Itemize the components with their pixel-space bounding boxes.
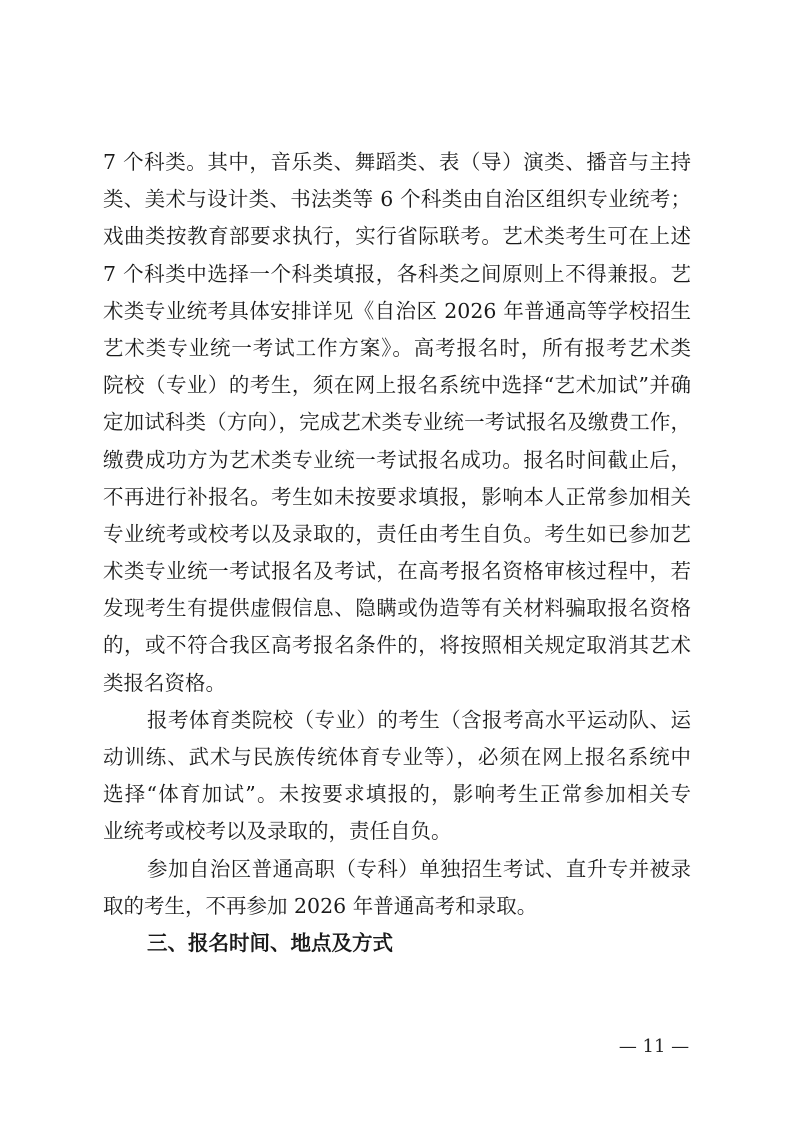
text-line: 报考体育类院校（专业）的考生（含报考高水平运动队、运 (103, 702, 691, 739)
text-line: 动训练、武术与民族传统体育专业等），必须在网上报名系统中 (103, 739, 691, 776)
text-line: 7 个科类。其中，音乐类、舞蹈类、表（导）演类、播音与主持 (103, 144, 691, 181)
text-line: 类、美术与设计类、书法类等 6 个科类由自治区组织专业统考； (103, 181, 691, 218)
text-line: 缴费成功方为艺术类专业统一考试报名成功。报名时间截止后， (103, 442, 691, 479)
text-line: 发现考生有提供虚假信息、隐瞒或伪造等有关材料骗取报名资格 (103, 590, 691, 627)
text-line: 参加自治区普通高职（专科）单独招生考试、直升专并被录 (103, 851, 691, 888)
text-line: 业统考或校考以及录取的，责任自负。 (103, 813, 691, 850)
document-page: 7 个科类。其中，音乐类、舞蹈类、表（导）演类、播音与主持 类、美术与设计类、书… (0, 0, 793, 1122)
section-heading: 三、报名时间、地点及方式 (103, 925, 691, 962)
text-line: 取的考生，不再参加 2026 年普通高考和录取。 (103, 888, 691, 925)
text-line: 艺术类专业统一考试工作方案》。高考报名时，所有报考艺术类 (103, 330, 691, 367)
paragraph-art-exam: 7 个科类。其中，音乐类、舞蹈类、表（导）演类、播音与主持 类、美术与设计类、书… (103, 144, 691, 702)
text-line: 院校（专业）的考生，须在网上报名系统中选择“艺术加试”并确 (103, 367, 691, 404)
text-line: 7 个科类中选择一个科类填报，各科类之间原则上不得兼报。艺 (103, 256, 691, 293)
text-line: 术类专业统考具体安排详见《自治区 2026 年普通高等学校招生 (103, 293, 691, 330)
text-line: 专业统考或校考以及录取的，责任由考生自负。考生如已参加艺 (103, 516, 691, 553)
text-line: 选择“体育加试”。未按要求填报的，影响考生正常参加相关专 (103, 776, 691, 813)
paragraph-vocational: 参加自治区普通高职（专科）单独招生考试、直升专并被录 取的考生，不再参加 202… (103, 851, 691, 925)
text-line: 定加试科类（方向），完成艺术类专业统一考试报名及缴费工作， (103, 404, 691, 441)
text-line: 不再进行补报名。考生如未按要求填报，影响本人正常参加相关 (103, 479, 691, 516)
paragraph-sports-exam: 报考体育类院校（专业）的考生（含报考高水平运动队、运 动训练、武术与民族传统体育… (103, 702, 691, 851)
text-line: 的，或不符合我区高考报名条件的，将按照相关规定取消其艺术 (103, 627, 691, 664)
page-number: — 11 — (614, 1036, 694, 1057)
text-line: 类报名资格。 (103, 665, 691, 702)
text-line: 戏曲类按教育部要求执行，实行省际联考。艺术类考生可在上述 (103, 218, 691, 255)
text-line: 术类专业统一考试报名及考试，在高考报名资格审核过程中，若 (103, 553, 691, 590)
body-text: 7 个科类。其中，音乐类、舞蹈类、表（导）演类、播音与主持 类、美术与设计类、书… (103, 144, 691, 962)
